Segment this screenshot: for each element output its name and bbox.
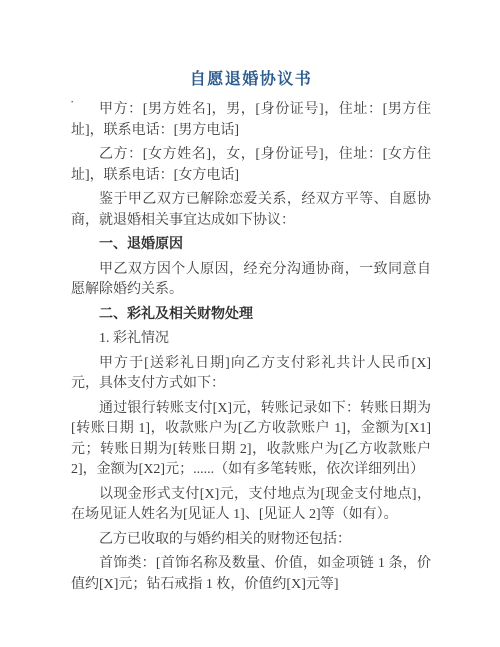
paragraph-party-b: 乙方：[女方姓名]，女，[身份证号]，住址：[女方住址]，联系电话：[女方电话] (71, 145, 431, 186)
paragraph-cash-payment: 以现金形式支付[X]元，支付地点为[现金支付地点]，在场见证人姓名为[见证人 1… (71, 485, 431, 526)
sub-heading-betrothal-gift: 1. 彩礼情况 (71, 329, 431, 350)
section-heading-2: 二、彩礼及相关财物处理 (71, 305, 431, 326)
paragraph-preamble: 鉴于甲乙双方已解除恋爱关系，经双方平等、自愿协商，就退婚相关事宜达成如下协议： (71, 190, 431, 231)
document-content: 自愿退婚协议书 甲方：[男方姓名]，男，[身份证号]，住址：[男方住址]，联系电… (71, 70, 431, 599)
document-page: · 自愿退婚协议书 甲方：[男方姓名]，男，[身份证号]，住址：[男方住址]，联… (0, 0, 500, 647)
paragraph-reason: 甲乙双方因个人原因，经充分沟通协商，一致同意自愿解除婚约关系。 (71, 260, 431, 301)
section-heading-1: 一、退婚原因 (71, 235, 431, 256)
document-title: 自愿退婚协议书 (71, 70, 431, 90)
paragraph-gift-total: 甲方于[送彩礼日期]向乙方支付彩礼共计人民币[X]元，具体支付方式如下： (71, 354, 431, 395)
paragraph-bank-transfer: 通过银行转账支付[X]元，转账记录如下：转账日期为[转账日期 1]，收款账户为[… (71, 399, 431, 481)
paragraph-other-property: 乙方已收取的与婚约相关的财物还包括： (71, 530, 431, 551)
paragraph-party-a: 甲方：[男方姓名]，男，[身份证号]，住址：[男方住址]，联系电话：[男方电话] (71, 100, 431, 141)
paragraph-jewelry: 首饰类：[首饰名称及数量、价值，如金项链 1 条，价值约[X]元；钻石戒指 1 … (71, 554, 431, 595)
